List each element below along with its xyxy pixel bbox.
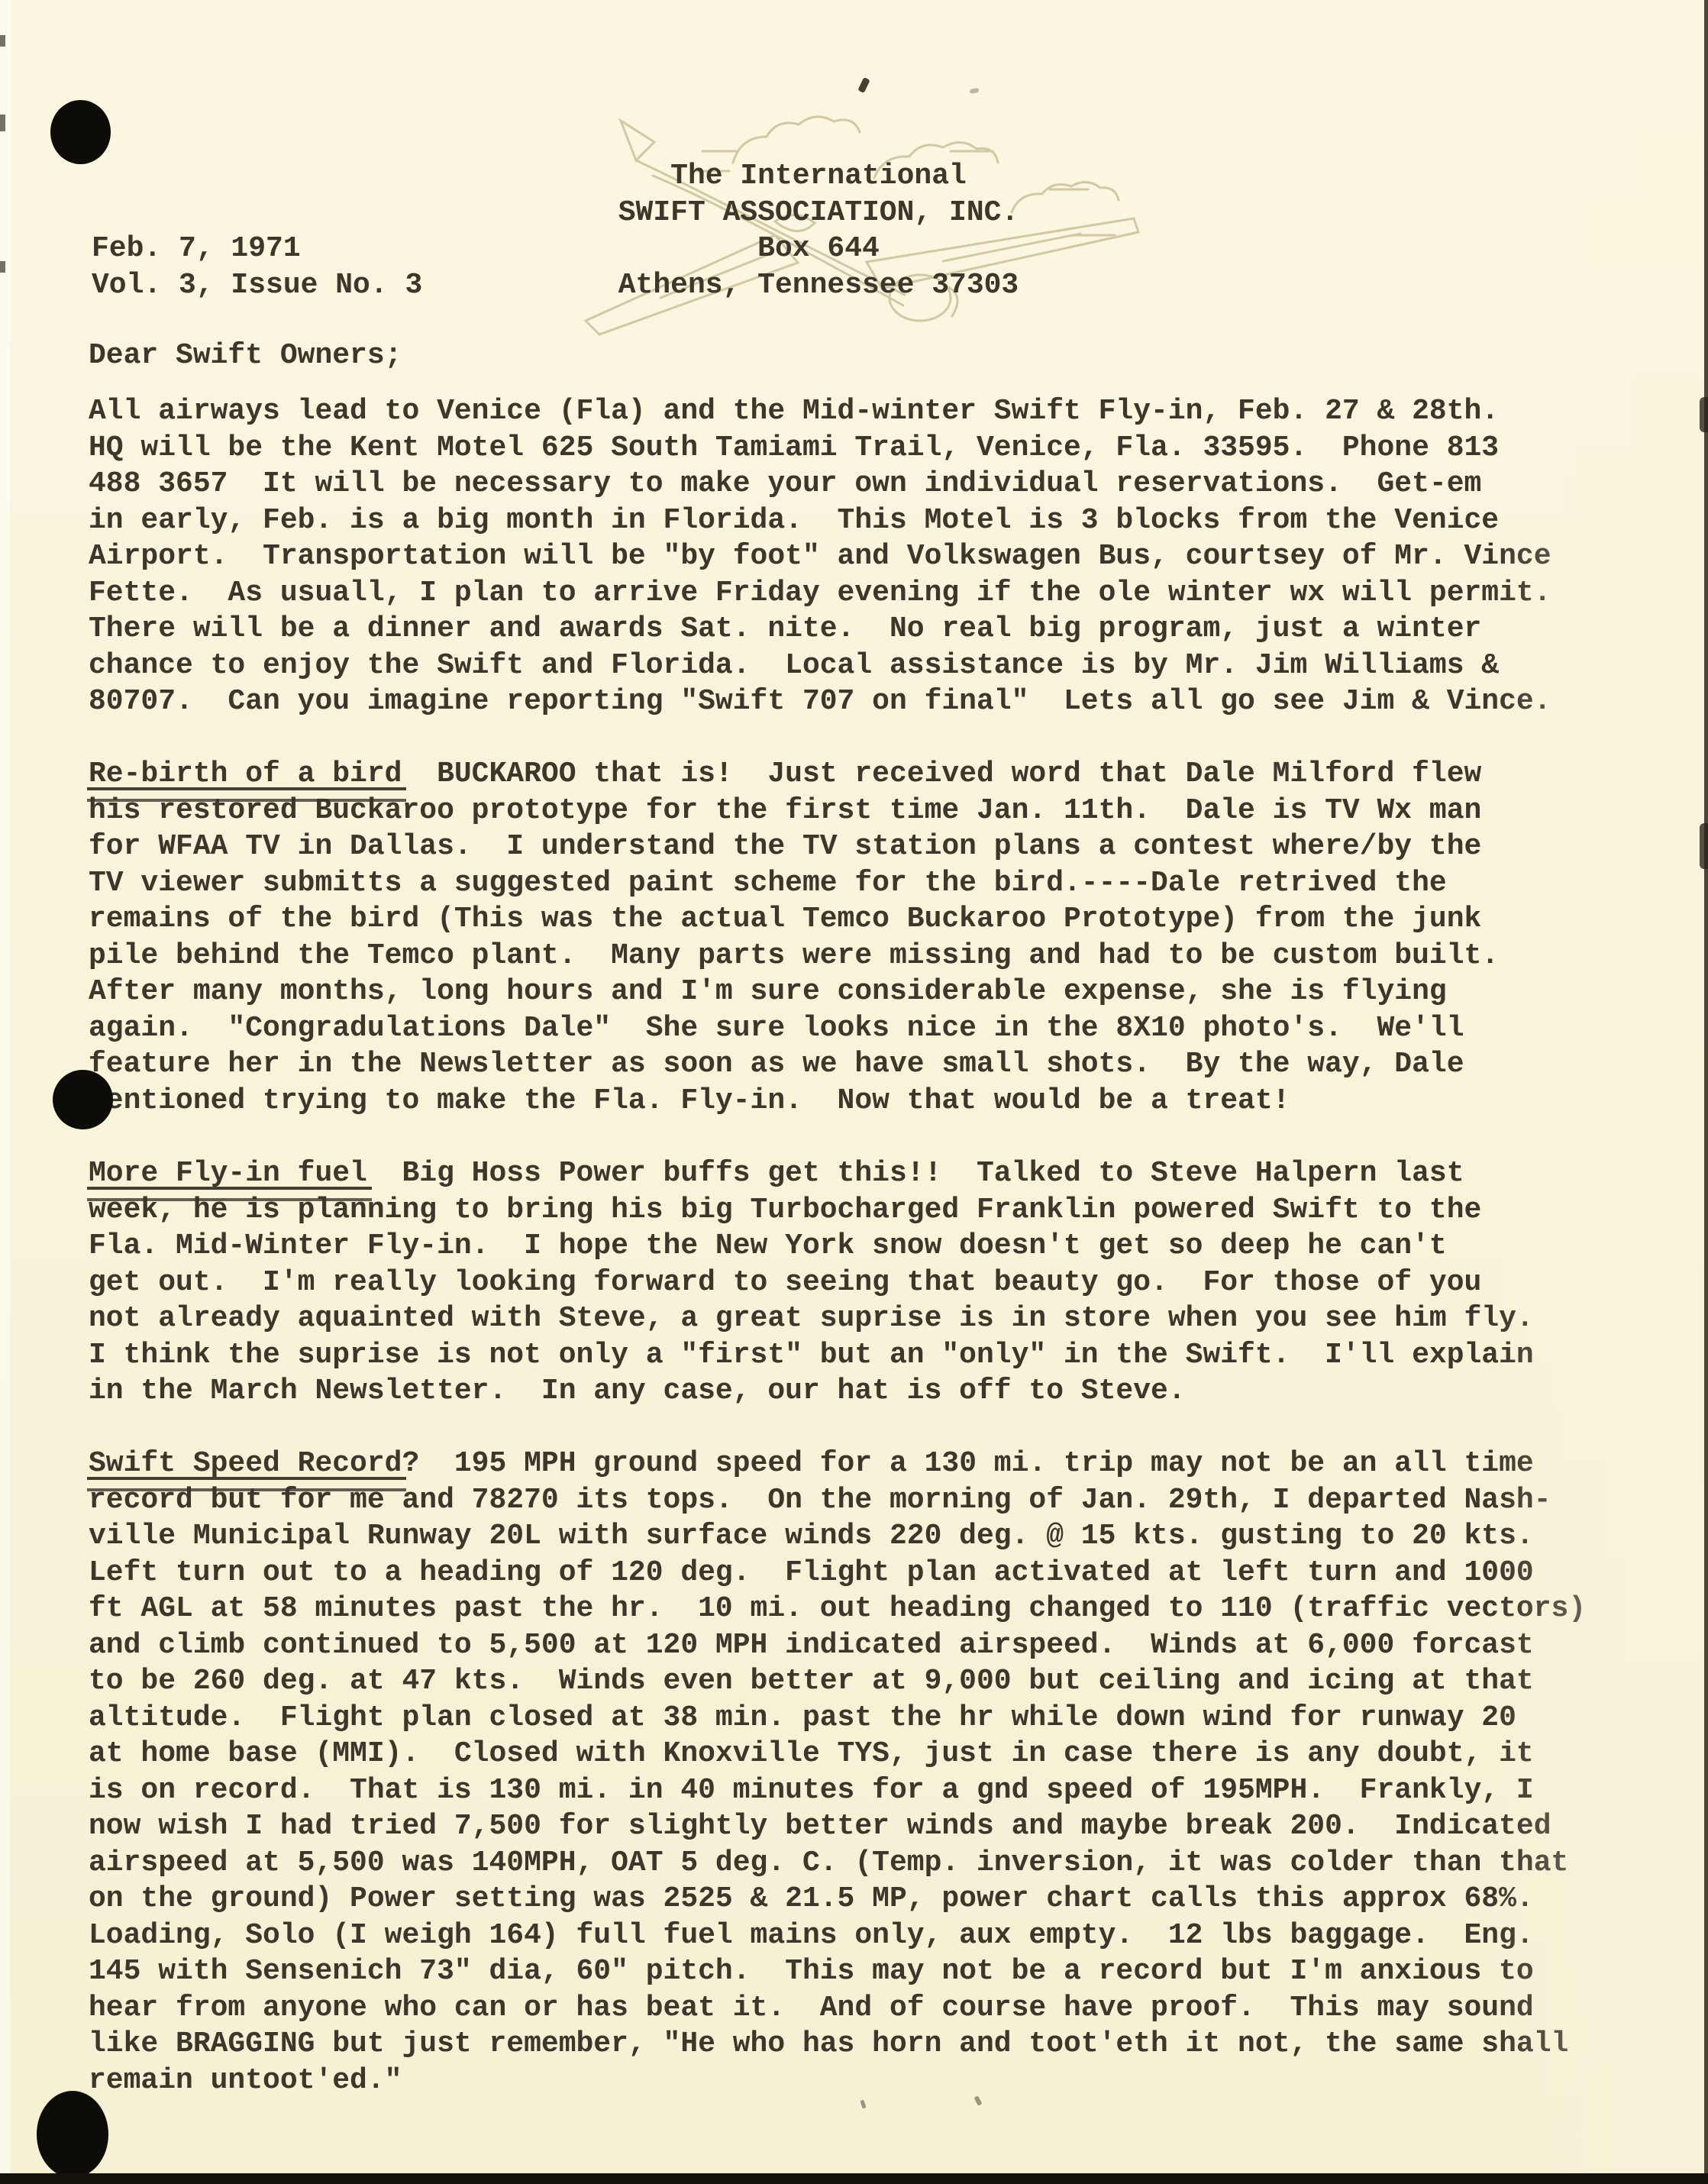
- body-line: ville Municipal Runway 20L with surface …: [89, 1518, 1586, 1555]
- ink-speck: [860, 2099, 866, 2108]
- body-line: and climb continued to 5,500 at 120 MPH …: [89, 1627, 1586, 1664]
- body-line: altitude. Flight plan closed at 38 min. …: [89, 1700, 1586, 1737]
- body-line: HQ will be the Kent Motel 625 South Tami…: [89, 430, 1551, 467]
- scan-edge-mark: [0, 35, 5, 47]
- section-heading-fuel: More Fly-in fuel: [89, 1155, 367, 1192]
- heading-rest: BUCKAROO that is! Just received word tha…: [402, 758, 1481, 790]
- body-line: All airways lead to Venice (Fla) and the…: [89, 393, 1551, 430]
- issue-volume: Vol. 3, Issue No. 3: [92, 267, 422, 304]
- body-line: Fette. As usuall, I plan to arrive Frida…: [89, 575, 1551, 612]
- scan-edge-left-highlight: [0, 0, 10, 2184]
- body-line: mentioned trying to make the Fla. Fly-in…: [89, 1083, 1499, 1119]
- body-line: now wish I had tried 7,500 for slightly …: [89, 1808, 1586, 1845]
- body-line: at home base (MMI). Closed with Knoxvill…: [89, 1736, 1586, 1772]
- body-line: 80707. Can you imagine reporting "Swift …: [89, 683, 1551, 720]
- body-line: airspeed at 5,500 was 140MPH, OAT 5 deg.…: [89, 1845, 1586, 1882]
- ink-speck: [970, 88, 980, 94]
- org-name-line: SWIFT ASSOCIATION, INC.: [456, 195, 1181, 231]
- org-name-line: The International: [456, 158, 1181, 195]
- body-line: More Fly-in fuel Big Hoss Power buffs ge…: [89, 1155, 1534, 1192]
- issue-date: Feb. 7, 1971: [92, 231, 422, 267]
- body-line: for WFAA TV in Dallas. I understand the …: [89, 829, 1499, 865]
- org-address-line: Athens, Tennessee 37303: [456, 267, 1181, 304]
- body-line: After many months, long hours and I'm su…: [89, 974, 1499, 1010]
- hole-punch-top: [50, 100, 111, 164]
- paragraph-venice-fly-in: All airways lead to Venice (Fla) and the…: [89, 393, 1551, 720]
- heading-rest: Big Hoss Power buffs get this!! Talked t…: [367, 1157, 1464, 1190]
- heading-rest: ? 195 MPH ground speed for a 130 mi. tri…: [402, 1447, 1533, 1480]
- body-line: Left turn out to a heading of 120 deg. F…: [89, 1555, 1586, 1591]
- body-line: to be 260 deg. at 47 kts. Winds even bet…: [89, 1663, 1586, 1700]
- body-line: is on record. That is 130 mi. in 40 minu…: [89, 1772, 1586, 1809]
- body-line: in the March Newsletter. In any case, ou…: [89, 1373, 1534, 1410]
- body-line: remain untoot'ed.": [89, 2063, 1586, 2099]
- body-line: in early, Feb. is a big month in Florida…: [89, 502, 1551, 539]
- body-line: There will be a dinner and awards Sat. n…: [89, 611, 1551, 648]
- body-line: Loading, Solo (I weigh 164) full fuel ma…: [89, 1917, 1586, 1954]
- body-line: like BRAGGING but just remember, "He who…: [89, 2026, 1586, 2063]
- paragraph-rebirth-of-a-bird: Re-birth of a bird BUCKAROO that is! Jus…: [89, 756, 1499, 1119]
- body-line: Fla. Mid-Winter Fly-in. I hope the New Y…: [89, 1228, 1534, 1265]
- body-line: pile behind the Temco plant. Many parts …: [89, 938, 1499, 974]
- body-line: Airport. Transportation will be "by foot…: [89, 538, 1551, 575]
- hole-punch-bottom: [37, 2091, 108, 2178]
- scan-edge-blemish: [1700, 823, 1708, 869]
- org-address-line: Box 644: [456, 231, 1181, 267]
- body-line: again. "Congradulations Dale" She sure l…: [89, 1010, 1499, 1047]
- scan-edge-blemish: [1700, 397, 1708, 432]
- section-heading-speed-record: Swift Speed Record: [89, 1446, 402, 1482]
- body-line: ft AGL at 58 minutes past the hr. 10 mi.…: [89, 1591, 1586, 1627]
- newsletter-page: The International SWIFT ASSOCIATION, INC…: [0, 0, 1708, 2184]
- scan-edge-bottom: [0, 2173, 1708, 2184]
- body-line: 488 3657 It will be necessary to make yo…: [89, 466, 1551, 502]
- body-line: feature her in the Newsletter as soon as…: [89, 1046, 1499, 1083]
- masthead: The International SWIFT ASSOCIATION, INC…: [456, 158, 1181, 303]
- body-line: chance to enjoy the Swift and Florida. L…: [89, 648, 1551, 684]
- body-line: 145 with Sensenich 73" dia, 60" pitch. T…: [89, 1953, 1586, 1990]
- paragraph-more-fly-in-fuel: More Fly-in fuel Big Hoss Power buffs ge…: [89, 1155, 1534, 1410]
- body-line: Swift Speed Record? 195 MPH ground speed…: [89, 1446, 1586, 1482]
- hole-punch-middle: [53, 1070, 113, 1129]
- body-line: hear from anyone who can or has beat it.…: [89, 1990, 1586, 2027]
- scan-edge-mark: [0, 115, 5, 131]
- body-line: get out. I'm really looking forward to s…: [89, 1265, 1534, 1301]
- body-line: on the ground) Power setting was 2525 & …: [89, 1881, 1586, 1917]
- salutation: Dear Swift Owners;: [89, 338, 402, 374]
- body-line: remains of the bird (This was the actual…: [89, 901, 1499, 938]
- paragraph-swift-speed-record: Swift Speed Record? 195 MPH ground speed…: [89, 1446, 1586, 2098]
- scan-edge-right: [1704, 0, 1708, 2184]
- section-heading-rebirth: Re-birth of a bird: [89, 756, 402, 793]
- body-line: Re-birth of a bird BUCKAROO that is! Jus…: [89, 756, 1499, 793]
- body-line: not already aquainted with Steve, a grea…: [89, 1300, 1534, 1337]
- issue-info: Feb. 7, 1971 Vol. 3, Issue No. 3: [92, 231, 422, 303]
- body-line: TV viewer submitts a suggested paint sch…: [89, 865, 1499, 902]
- body-line: I think the suprise is not only a "first…: [89, 1337, 1534, 1374]
- scan-edge-mark: [0, 261, 5, 273]
- ink-speck: [857, 77, 870, 93]
